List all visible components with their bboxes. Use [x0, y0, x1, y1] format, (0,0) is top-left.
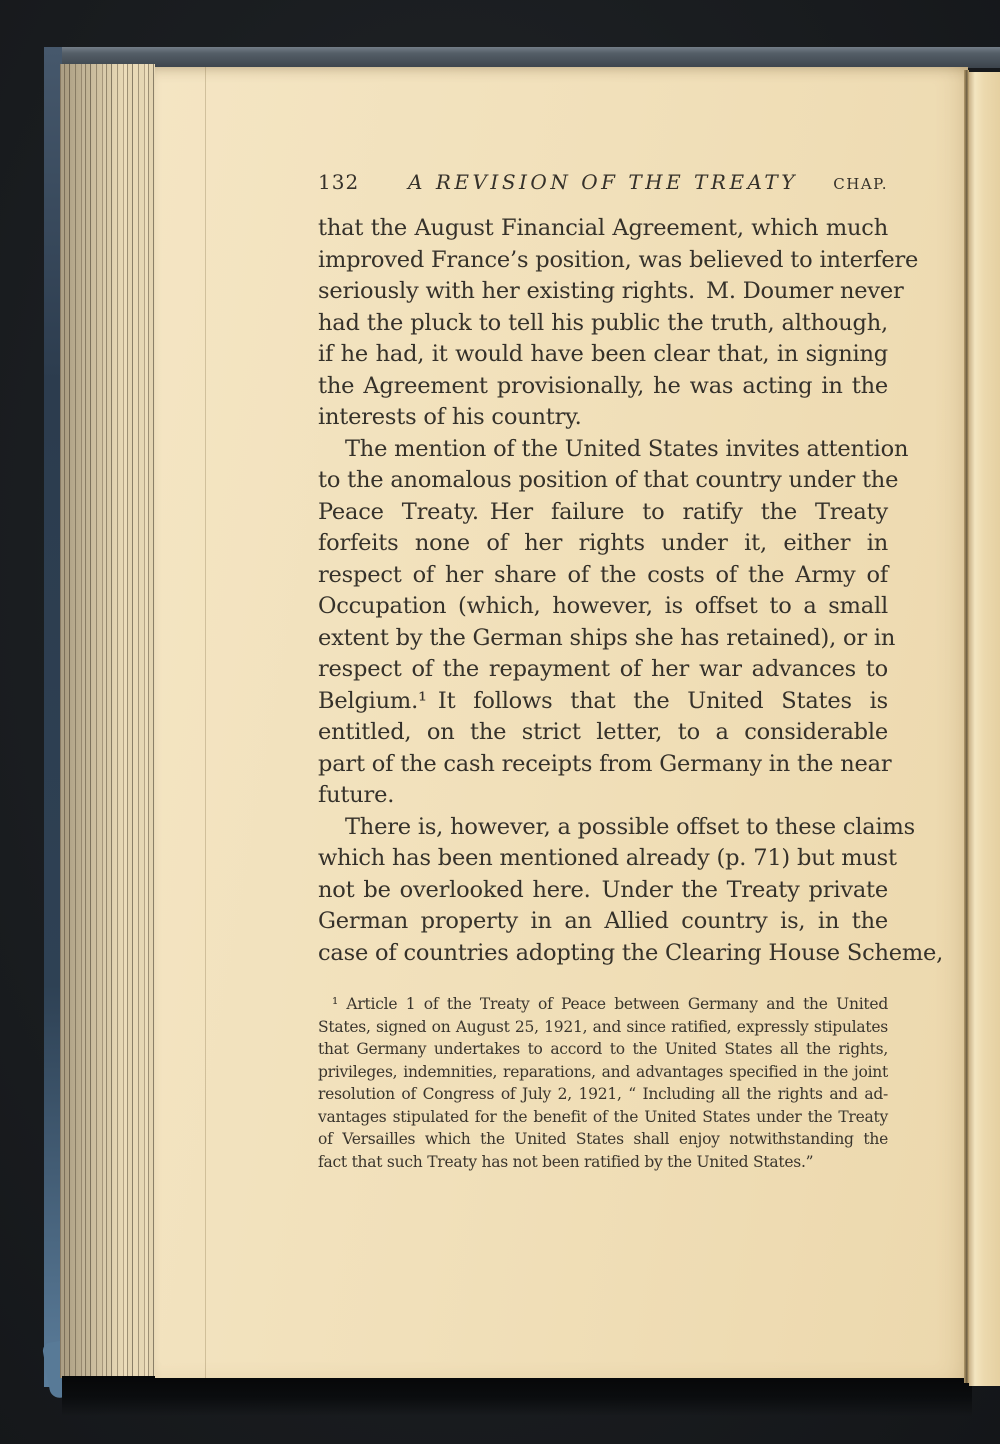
footnote: ¹ Article 1 of the Treaty of Peace betwe… — [318, 993, 888, 1173]
text-line: had the pluck to tell his public the tru… — [318, 308, 888, 340]
text-line: that the August Financial Agreement, whi… — [318, 213, 888, 245]
text-line: entitled, on the strict letter, to a con… — [318, 717, 888, 749]
facing-page-strip — [969, 72, 1000, 1386]
text-line: There is, however, a possible offset to … — [318, 812, 888, 844]
text-line: respect of her share of the costs of the… — [318, 560, 888, 592]
text-line: respect of the repayment of her war adva… — [318, 654, 888, 686]
text-line: future. — [318, 780, 888, 812]
text-line: to the anomalous position of that countr… — [318, 465, 888, 497]
paragraph: The mention of the United States invites… — [318, 434, 888, 812]
text-line: interests of his country. — [318, 402, 888, 434]
text-line: Peace Treaty. Her failure to ratify the … — [318, 497, 888, 529]
text-line: Occupation (which, however, is offset to… — [318, 591, 888, 623]
page-header: 132 A REVISION OF THE TREATY CHAP. — [318, 170, 888, 194]
text-line: that Germany undertakes to accord to the… — [318, 1038, 888, 1061]
paragraph: that the August Financial Agreement, whi… — [318, 213, 888, 434]
paragraph: There is, however, a possible offset to … — [318, 812, 888, 970]
page-number: 132 — [318, 170, 359, 194]
text-line: fact that such Treaty has not been ratif… — [318, 1151, 888, 1174]
text-line: resolution of Congress of July 2, 1921, … — [318, 1083, 888, 1106]
page-bottom-shadow — [62, 1376, 972, 1416]
page-edge-stack — [60, 64, 155, 1378]
text-line: Belgium.¹ It follows that the United Sta… — [318, 686, 888, 718]
book-page: 132 A REVISION OF THE TREATY CHAP. that … — [155, 67, 968, 1378]
text-line: improved France’s position, was believed… — [318, 245, 888, 277]
text-line: ¹ Article 1 of the Treaty of Peace betwe… — [318, 993, 888, 1016]
text-line: which has been mentioned already (p. 71)… — [318, 843, 888, 875]
text-line: States, signed on August 25, 1921, and s… — [318, 1016, 888, 1039]
text-line: seriously with her existing rights. M. D… — [318, 276, 888, 308]
text-line: if he had, it would have been clear that… — [318, 339, 888, 371]
book-cover-top-edge — [48, 47, 1000, 68]
underlying-page-edge-line — [205, 67, 206, 1378]
text-line: of Versailles which the United States sh… — [318, 1128, 888, 1151]
chapter-label: CHAP. — [833, 175, 888, 193]
text-line: German property in an Allied country is,… — [318, 906, 888, 938]
photographed-book-scene: 132 A REVISION OF THE TREATY CHAP. that … — [0, 0, 1000, 1444]
running-title: A REVISION OF THE TREATY — [408, 170, 798, 194]
body-text: that the August Financial Agreement, whi… — [318, 213, 888, 969]
text-line: forfeits none of her rights under it, ei… — [318, 528, 888, 560]
text-line: privileges, indemnities, reparations, an… — [318, 1061, 888, 1084]
text-line: the Agreement provisionally, he was acti… — [318, 371, 888, 403]
text-line: case of countries adopting the Clearing … — [318, 938, 888, 970]
text-line: extent by the German ships she has retai… — [318, 623, 888, 655]
text-line: vantages stipulated for the benefit of t… — [318, 1106, 888, 1129]
text-line: The mention of the United States invites… — [318, 434, 888, 466]
text-line: part of the cash receipts from Germany i… — [318, 749, 888, 781]
text-line: not be overlooked here. Under the Treaty… — [318, 875, 888, 907]
